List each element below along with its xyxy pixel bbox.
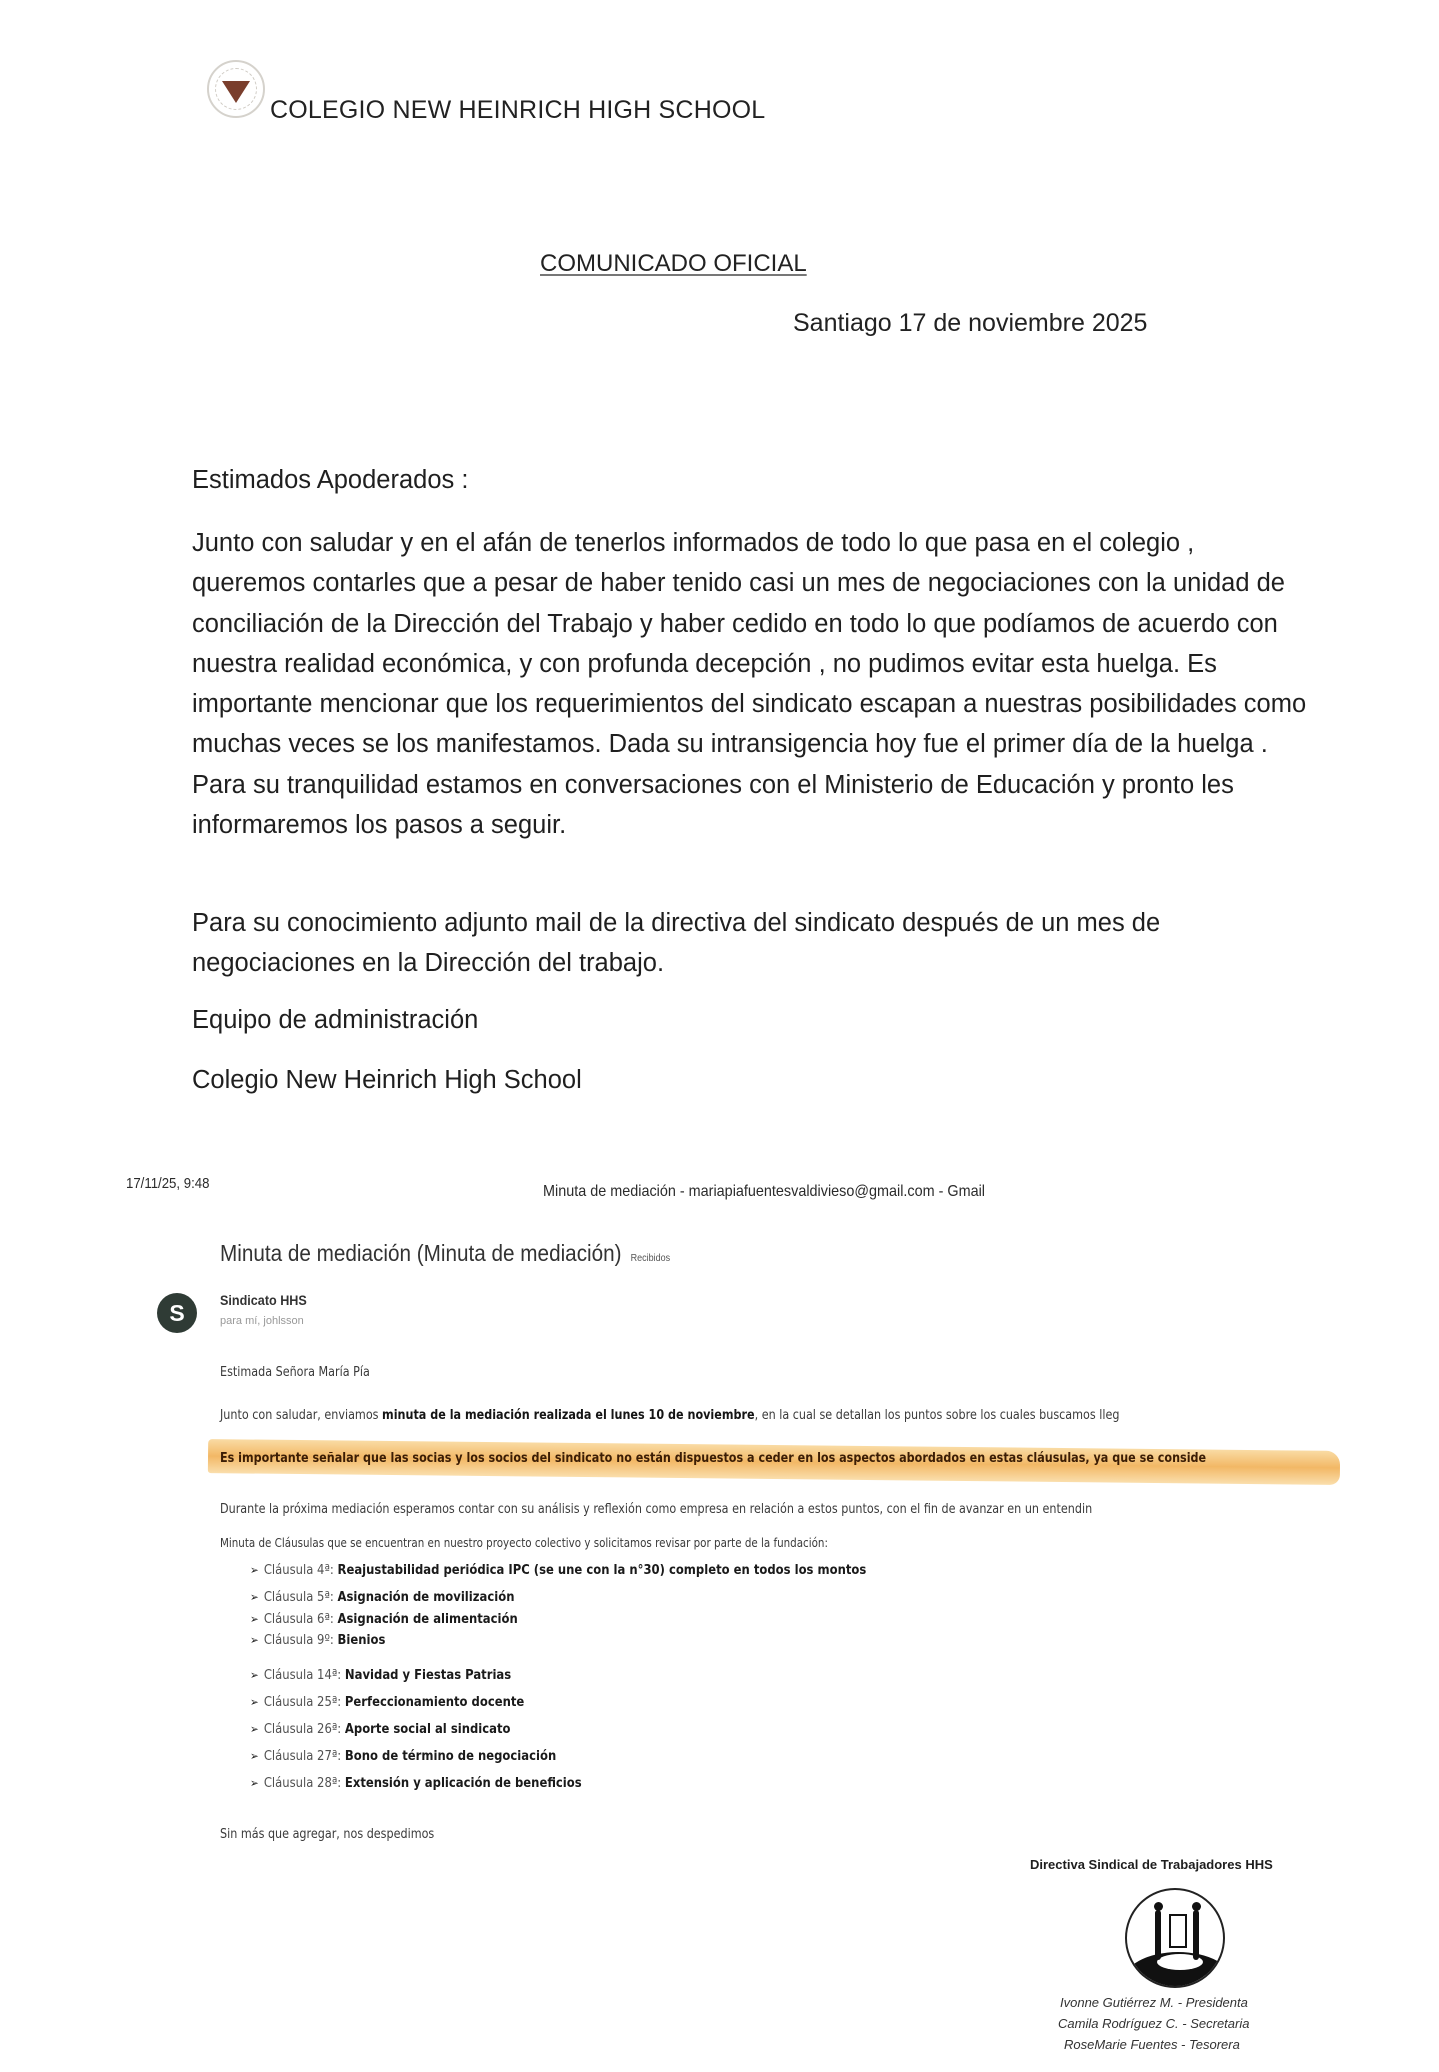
clause-item: ➢Cláusula 5ª: Asignación de movilización bbox=[250, 1589, 514, 1605]
clause-item: ➢Cláusula 9º: Bienios bbox=[250, 1632, 385, 1648]
clause-title: Bienios bbox=[338, 1632, 386, 1648]
clause-title: Perfeccionamiento docente bbox=[345, 1694, 524, 1710]
clause-item: ➢Cláusula 14ª: Navidad y Fiestas Patrias bbox=[250, 1667, 511, 1683]
signatory-president: Ivonne Gutiérrez M. - Presidenta bbox=[1060, 1995, 1248, 2010]
bullet-arrow-icon: ➢ bbox=[250, 1590, 259, 1604]
clause-number: Cláusula 28ª: bbox=[264, 1775, 341, 1791]
clause-number: Cláusula 25ª: bbox=[264, 1694, 341, 1710]
clause-number: Cláusula 27ª: bbox=[264, 1748, 341, 1764]
clause-number: Cláusula 26ª: bbox=[264, 1721, 341, 1737]
email-subject-text: Minuta de mediación (Minuta de mediación… bbox=[220, 1240, 622, 1266]
intro-bold: minuta de la mediación realizada el lune… bbox=[382, 1408, 755, 1423]
clause-item: ➢Cláusula 6ª: Asignación de alimentación bbox=[250, 1611, 518, 1627]
bullet-arrow-icon: ➢ bbox=[250, 1633, 259, 1647]
document-title: COMUNICADO OFICIAL bbox=[540, 250, 807, 278]
bullet-arrow-icon: ➢ bbox=[250, 1612, 259, 1626]
sender-avatar: S bbox=[157, 1293, 197, 1333]
document-date: Santiago 17 de noviembre 2025 bbox=[793, 309, 1147, 338]
sender-name: Sindicato HHS bbox=[220, 1292, 307, 1308]
intro-rest: , en la cual se detallan los puntos sobr… bbox=[755, 1408, 1120, 1423]
clause-number: Cláusula 9º: bbox=[264, 1632, 334, 1648]
union-board-title: Directiva Sindical de Trabajadores HHS bbox=[1030, 1857, 1273, 1872]
clause-title: Extensión y aplicación de beneficios bbox=[345, 1775, 582, 1791]
signatory-treasurer: RoseMarie Fuentes - Tesorera bbox=[1064, 2037, 1240, 2052]
union-seal-icon bbox=[1125, 1888, 1225, 1988]
clause-title: Aporte social al sindicato bbox=[345, 1721, 511, 1737]
letter-paragraph-2: Para su conocimiento adjunto mail de la … bbox=[192, 903, 1312, 983]
bullet-arrow-icon: ➢ bbox=[250, 1563, 259, 1577]
clause-title: Navidad y Fiestas Patrias bbox=[345, 1667, 511, 1683]
bullet-arrow-icon: ➢ bbox=[250, 1776, 259, 1790]
clause-item: ➢Cláusula 27ª: Bono de término de negoci… bbox=[250, 1748, 556, 1764]
email-salutation: Estimada Señora María Pía bbox=[220, 1365, 370, 1380]
bullet-arrow-icon: ➢ bbox=[250, 1722, 259, 1736]
clause-number: Cláusula 5ª: bbox=[264, 1589, 334, 1605]
email-closing: Sin más que agregar, nos despedimos bbox=[220, 1827, 434, 1842]
print-timestamp: 17/11/25, 9:48 bbox=[126, 1175, 209, 1192]
email-subject: Minuta de mediación (Minuta de mediación… bbox=[220, 1240, 670, 1267]
letter-greeting: Estimados Apoderados : bbox=[192, 466, 1312, 495]
clause-item: ➢Cláusula 28ª: Extensión y aplicación de… bbox=[250, 1775, 582, 1791]
letter-signature-school: Colegio New Heinrich High School bbox=[192, 1066, 1312, 1095]
bullet-arrow-icon: ➢ bbox=[250, 1695, 259, 1709]
clause-number: Cláusula 6ª: bbox=[264, 1611, 334, 1627]
email-next-mediation: Durante la próxima mediación esperamos c… bbox=[220, 1502, 1092, 1517]
clause-title: Reajustabilidad periódica IPC (se une co… bbox=[338, 1562, 867, 1578]
letter-signature-team: Equipo de administración bbox=[192, 1006, 1312, 1035]
clause-title: Bono de término de negociación bbox=[345, 1748, 556, 1764]
clause-number: Cláusula 14ª: bbox=[264, 1667, 341, 1683]
email-highlighted-statement: Es importante señalar que las socias y l… bbox=[220, 1451, 1206, 1466]
signatory-secretary: Camila Rodríguez C. - Secretaria bbox=[1058, 2016, 1249, 2031]
clause-item: ➢Cláusula 25ª: Perfeccionamiento docente bbox=[250, 1694, 524, 1710]
clause-item: ➢Cláusula 4ª: Reajustabilidad periódica … bbox=[250, 1562, 866, 1578]
letter-paragraph-1: Junto con saludar y en el afán de tenerl… bbox=[192, 523, 1312, 845]
email-clauses-intro: Minuta de Cláusulas que se encuentran en… bbox=[220, 1536, 828, 1550]
intro-plain: Junto con saludar, enviamos bbox=[220, 1408, 382, 1423]
print-header: Minuta de mediación - mariapiafuentesval… bbox=[543, 1183, 985, 1201]
inbox-label[interactable]: Recibidos bbox=[631, 1253, 671, 1264]
clause-item: ➢Cláusula 26ª: Aporte social al sindicat… bbox=[250, 1721, 511, 1737]
email-intro: Junto con saludar, enviamos minuta de la… bbox=[220, 1408, 1119, 1423]
bullet-arrow-icon: ➢ bbox=[250, 1749, 259, 1763]
clause-number: Cláusula 4ª: bbox=[264, 1562, 334, 1578]
school-crest-icon bbox=[207, 60, 265, 118]
clause-title: Asignación de alimentación bbox=[338, 1611, 518, 1627]
recipients: para mí, johlsson bbox=[220, 1315, 304, 1327]
clause-title: Asignación de movilización bbox=[338, 1589, 515, 1605]
bullet-arrow-icon: ➢ bbox=[250, 1668, 259, 1682]
school-name: COLEGIO NEW HEINRICH HIGH SCHOOL bbox=[270, 96, 765, 125]
